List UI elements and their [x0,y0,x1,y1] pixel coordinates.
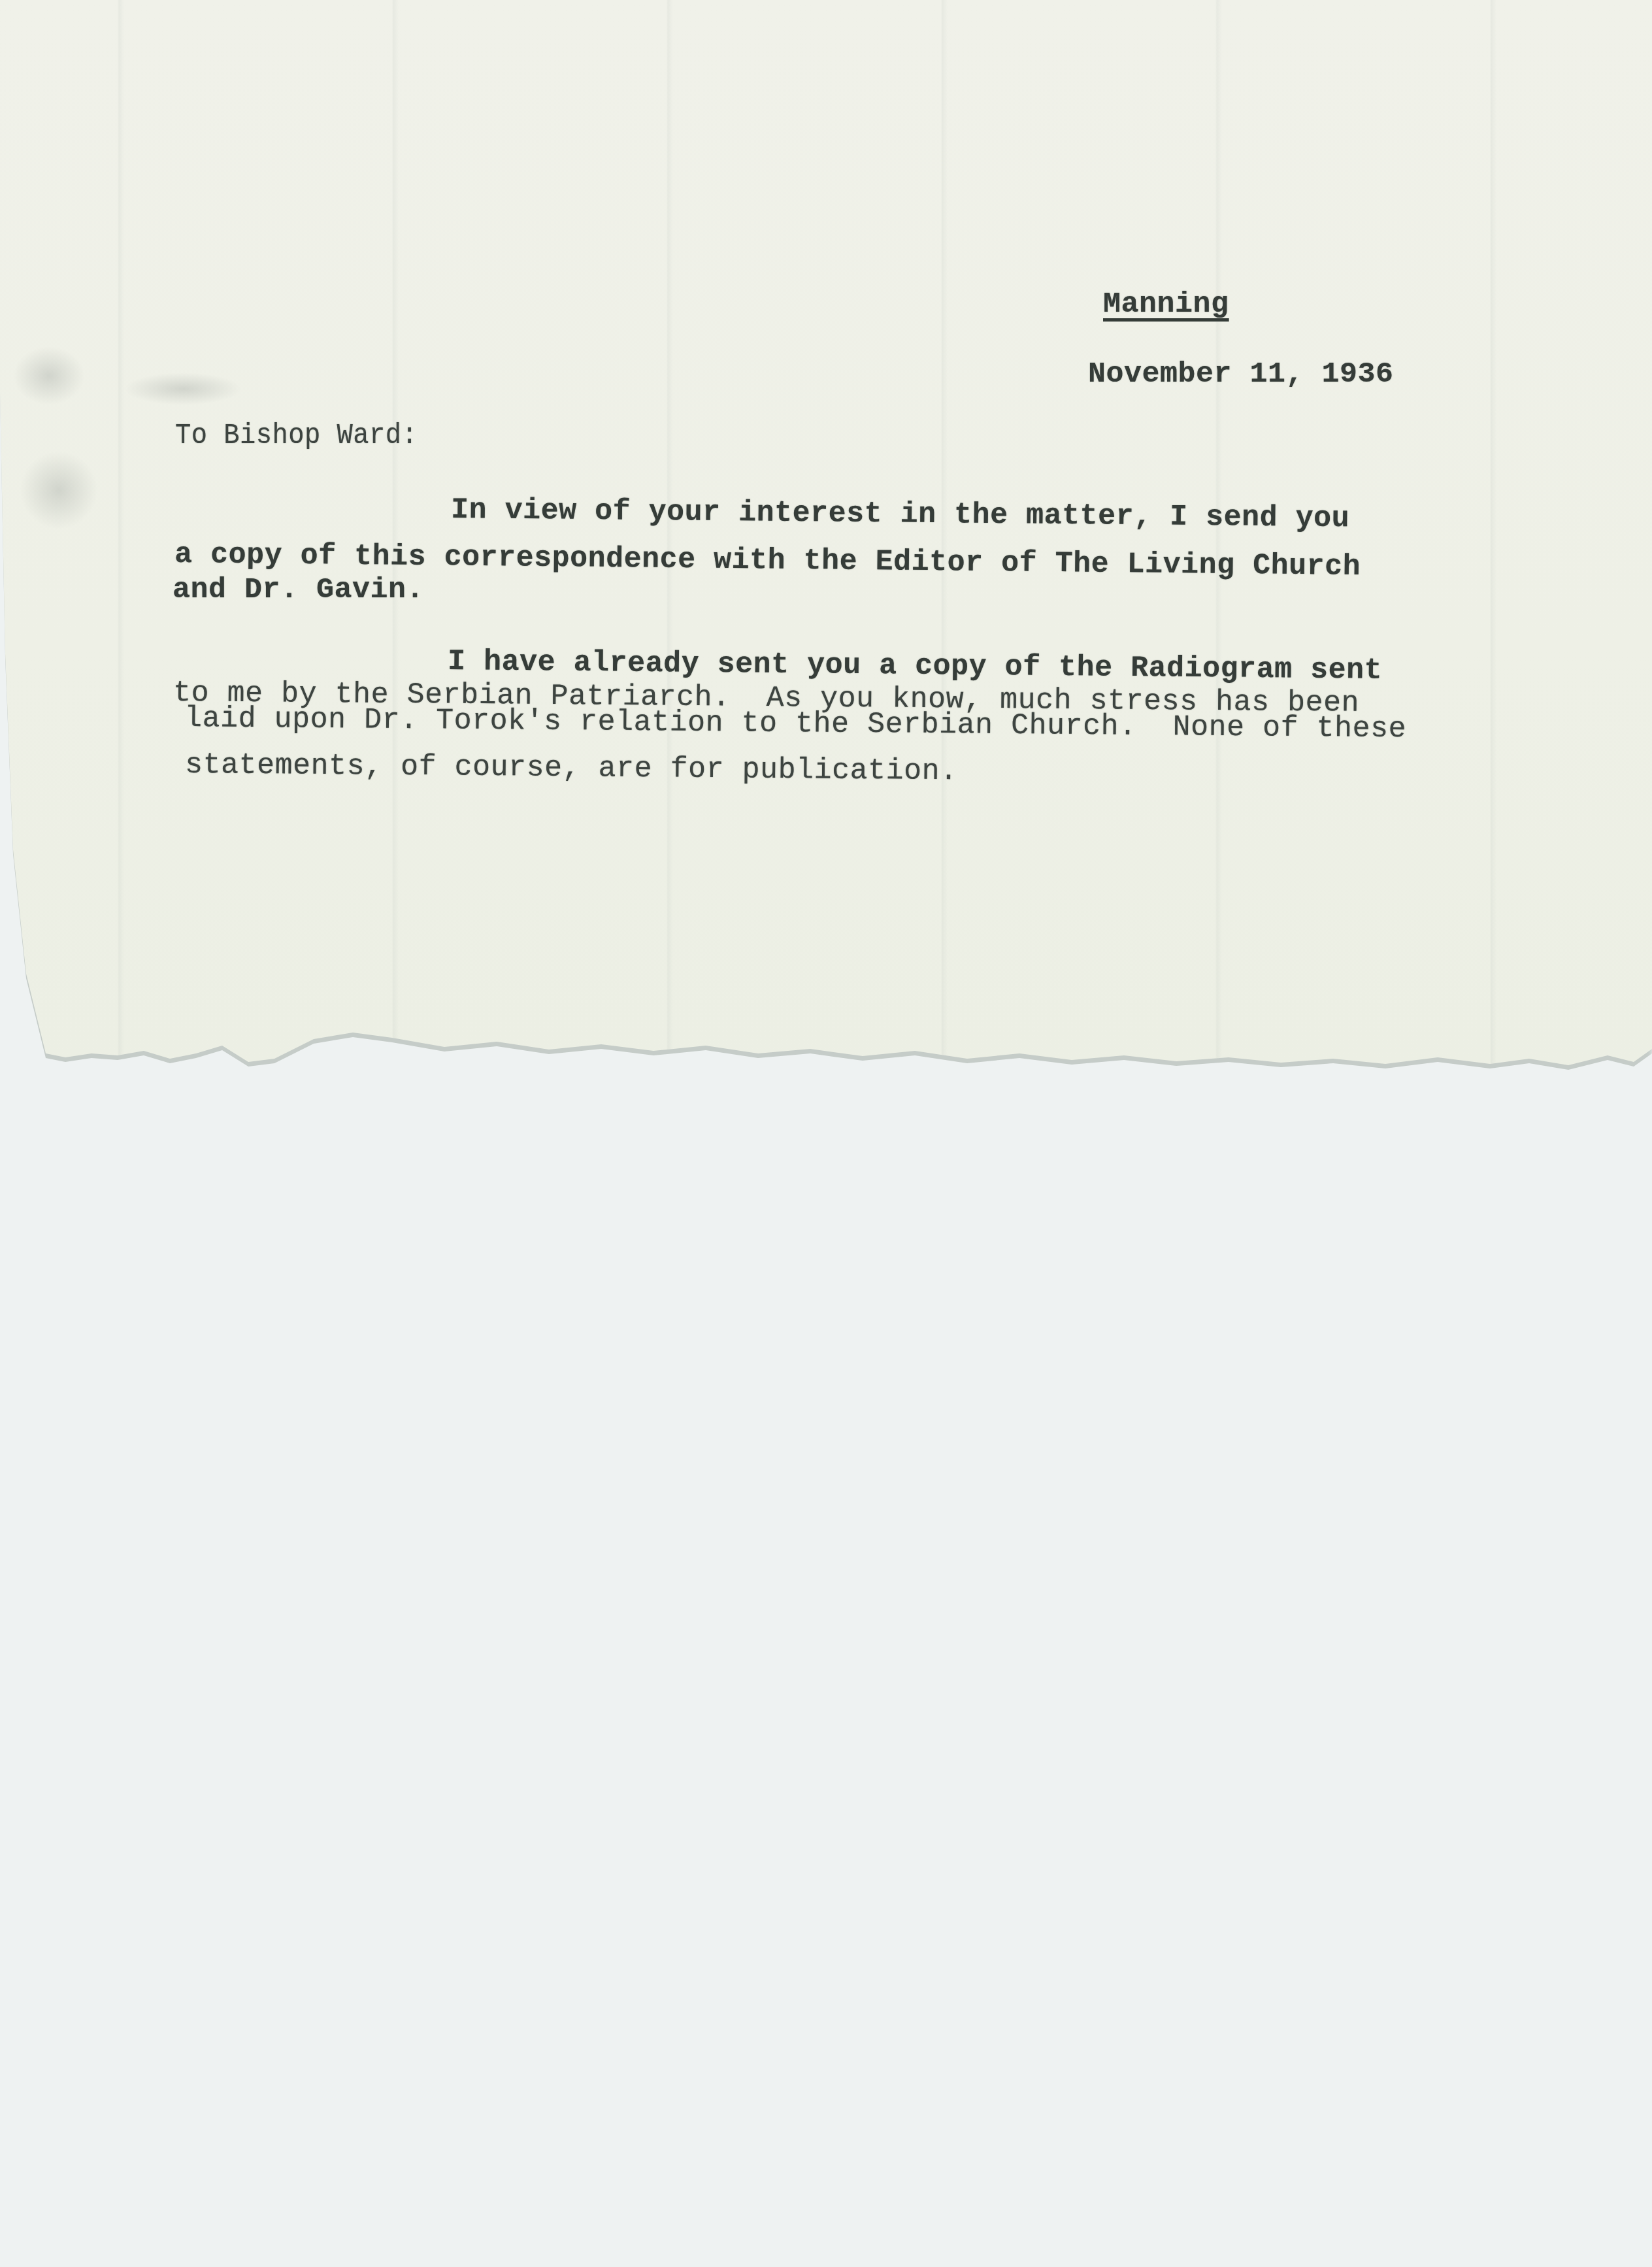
paragraph-line: statements, of course, are for publicati… [185,750,958,786]
salutation: To Bishop Ward: [175,422,418,450]
paragraph-line: and Dr. Gavin. [173,575,424,604]
author-label: Manning [1103,290,1229,319]
margin-smudge [124,372,242,405]
paragraph-line: In view of your interest in the matter, … [451,495,1350,533]
margin-smudge [20,451,98,529]
letter-paper: Manning November 11, 1936 To Bishop Ward… [0,0,1652,1072]
letter-date: November 11, 1936 [1088,359,1394,389]
margin-smudge [13,346,85,405]
